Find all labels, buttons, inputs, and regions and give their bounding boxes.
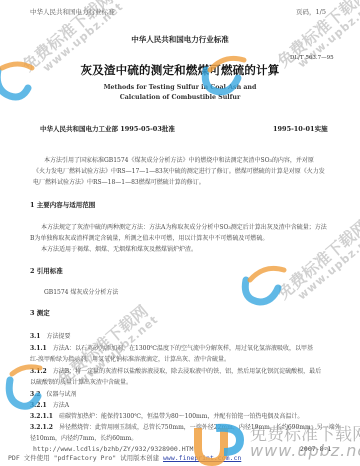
- clause-3-2-1-1: 3.2.1.1硅碳管加热炉：能保持1300℃，恒温带为80～100mm，并配有铂…: [30, 411, 303, 420]
- clause-3-1-1-line-2: 红-溴甲酚绿为指示剂，用氢氧化钠标准溶液滴定，计算出灰、渣中含硫量。: [30, 354, 230, 363]
- source-url: http://www.lcdlis/bzhb/ZY/932/9328900.HT…: [33, 445, 193, 453]
- clause-text: 方法A：以石英砂为添加剂，在1300℃温度下的空气流中分解灰样，用过氧化氢溶液吸…: [53, 345, 313, 352]
- effective-date: 1995-10-01实施: [273, 124, 328, 133]
- approval-line: 中华人民共和国电力工业部 1995-05-03批准: [40, 124, 175, 133]
- intro-line-3: 电厂燃料试验方法》中RS—18—1—83燃煤可燃硫计算的修订。: [33, 177, 205, 188]
- clause-number: 3.2.1: [30, 402, 47, 409]
- document-title-cn: 灰及渣中硫的测定和燃煤可燃硫的计算: [0, 62, 360, 78]
- running-header-left: 中华人民共和国电力行业标准: [30, 7, 115, 16]
- clause-number: 3.2.1.2: [30, 424, 53, 431]
- clause-3-2: 3.2仪器与试剂: [30, 389, 76, 398]
- clause-3-1: 3.1方法提要: [30, 331, 70, 340]
- brand-watermark-url: www.upbz.net: [250, 441, 360, 460]
- clause-text: 方法B：将一定量的灰渣样以盐酸溶液浸取，除去浸取液中的铁、铝，然后用氯化钡沉淀硫…: [53, 368, 321, 375]
- clause-3-1-2-line-1: 3.1.2方法B：将一定量的灰渣样以盐酸溶液浸取，除去浸取液中的铁、铝，然后用氯…: [30, 366, 321, 375]
- intro-line-2: 《火力发电厂燃料试验方法》中RS—17—1—83灰中硫的测定进行了修订。燃煤可燃…: [33, 166, 325, 177]
- standard-organization: 中华人民共和国电力行业标准: [0, 34, 360, 45]
- section-1-heading: 1 主要内容与适用范围: [30, 200, 95, 209]
- section-1-para-1-line-1: 本方法规定了灰渣中硫的两种测定方法：方法A为称取灰成分分析中SO₃测定后计算出灰…: [41, 222, 327, 233]
- clause-number: 3.1.2: [30, 368, 47, 375]
- section-1-para-2: 本方法适用于褐煤、烟煤、无烟煤和煤灰及燃煤锅炉炉渣。: [41, 244, 197, 255]
- intro-line-1: 本方法引用了国家标准GB1574《煤灰成分分析方法》中的燃烧中和法测定灰渣中SO…: [44, 155, 314, 166]
- clause-number: 3.1.1: [30, 345, 47, 352]
- clause-text: 硅碳管加热炉：能保持1300℃，恒温带为80～100mm，并配有铂铑一铂热电偶及…: [59, 413, 303, 420]
- clause-number: 3.2.1.1: [30, 413, 53, 420]
- clause-3-1-1-line-1: 3.1.1方法A：以石英砂为添加剂，在1300℃温度下的空气流中分解灰样，用过氧…: [30, 343, 313, 352]
- clause-title: 方法提要: [46, 333, 70, 340]
- document-title-en-line1: Methods for Testing Sulfur in Coal Ash a…: [0, 84, 360, 91]
- up-logo-icon: [236, 258, 296, 306]
- clause-number: 3.1: [30, 333, 40, 340]
- standard-code: DL/T 563.7—95: [290, 55, 334, 61]
- clause-3-2-1-2-line-2: 径10mm，内径约7mm，长约60mm。: [30, 433, 137, 442]
- clause-3-2-1: 3.2.1方法A: [30, 400, 69, 409]
- page-number: 页码，1/5: [296, 7, 326, 16]
- section-3-heading: 3 测定: [30, 308, 50, 317]
- clause-title: 仪器与试剂: [46, 391, 76, 398]
- clause-3-1-2-line-2: 以硫酸钡的质量计算出灰渣中含硫量。: [30, 377, 132, 386]
- section-2-heading: 2 引用标准: [30, 266, 63, 275]
- pdf-note-text: PDF 文件使用 "pdfFactory Pro" 试用版本创建: [8, 454, 159, 462]
- document-title-en-line2: Calculation of Combustible Sulfur: [0, 94, 360, 101]
- section-1-para-1-line-2: B为单独称取灰或渣样测定含硫量，所测之值未中可燃，用以计算灰中不可燃硫及可燃硫。: [30, 233, 268, 244]
- clause-number: 3.2: [30, 391, 40, 398]
- reference-gb1574: GB1574 煤灰成分分析方法: [44, 287, 118, 298]
- document-page: 中华人民共和国电力行业标准 页码，1/5 中华人民共和国电力行业标准 DL/T …: [0, 0, 360, 466]
- clause-title: 方法A: [53, 402, 69, 409]
- fineprint-link[interactable]: www.fineprint.com.cn: [163, 454, 241, 462]
- pdf-creator-note: PDF 文件使用 "pdfFactory Pro" 试用版本创建 www.fin…: [8, 453, 241, 462]
